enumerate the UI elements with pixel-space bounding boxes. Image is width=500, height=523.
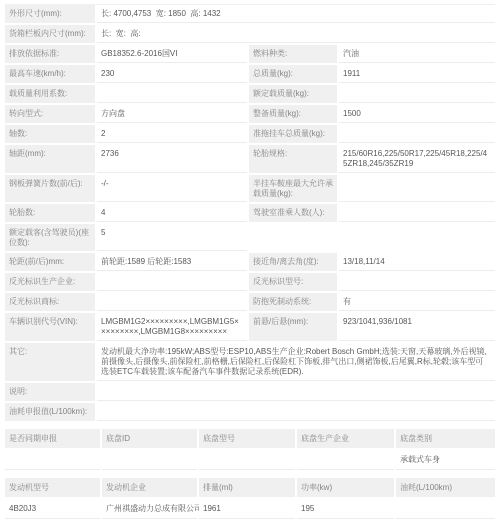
spec-value: 4 <box>97 204 247 222</box>
spec-label: 接近角/离去角(度): <box>249 253 337 271</box>
spec-row: 排放依据标准:GB18352.6-2016国VI燃料种类:汽油 <box>5 45 495 63</box>
chassis-cell <box>102 450 197 470</box>
spec-value <box>339 85 495 103</box>
spec-value: 230 <box>97 65 247 83</box>
engine-cell: 1961 <box>199 499 295 519</box>
chassis-header-cell: 底盘型号 <box>199 429 295 448</box>
engine-header-cell: 功率(kw) <box>297 478 394 497</box>
engine-cell: 195 <box>297 499 394 519</box>
chassis-header-cell: 底盘类别 <box>396 429 495 448</box>
spec-value: 方向盘 <box>97 105 247 123</box>
spec-label: 半挂车鞍座最大允许承载质量(kg): <box>249 175 337 202</box>
spec-row: 说明: <box>5 383 495 401</box>
spec-label: 总质量(kg): <box>249 65 337 83</box>
spec-row: 其它:发动机最大净功率:195kW;ABS型号:ESP10,ABS生产企业:Ro… <box>5 343 495 381</box>
chassis-cell: 承载式车身 <box>396 450 495 470</box>
chassis-header-cell: 是否同期申报 <box>5 429 100 448</box>
spec-value <box>97 273 247 291</box>
spec-label: 额定载客(含驾驶员)(座位数): <box>5 224 95 251</box>
spec-row: 反光标识生产企业:反光标识型号: <box>5 273 495 291</box>
spec-value: 1500 <box>339 105 495 123</box>
engine-header-cell: 发动机型号 <box>5 478 100 497</box>
spec-label: 轮距(前/后)mm: <box>5 253 95 271</box>
spec-value <box>97 293 247 311</box>
spec-row: 轮距(前/后)mm:前轮距:1589 后轮距:1583接近角/离去角(度):13… <box>5 253 495 271</box>
spec-row: 货箱栏板内尺寸(mm):长: 宽: 高: <box>5 25 495 43</box>
spec-value: 1911 <box>339 65 495 83</box>
spec-label: 转向型式: <box>5 105 95 123</box>
spec-label: 燃料种类: <box>249 45 337 63</box>
spec-value <box>339 175 495 202</box>
spec-value: LMGBM1G2×××××××××,LMGBM1G5×××××××××,LMGB… <box>97 313 247 341</box>
spec-label: 轮胎规格: <box>249 145 337 173</box>
spec-value: GB18352.6-2016国VI <box>97 45 247 63</box>
spec-label: 额定载质量(kg): <box>249 85 337 103</box>
spec-value: 发动机最大净功率:195kW;ABS型号:ESP10,ABS生产企业:Rober… <box>97 343 495 381</box>
spec-label: 反光标识型号: <box>249 273 337 291</box>
chassis-cell <box>297 450 394 470</box>
spec-label: 排放依据标准: <box>5 45 95 63</box>
spec-value: 有 <box>339 293 495 311</box>
spec-row: 钢板弹簧片数(前/后):-/-半挂车鞍座最大允许承载质量(kg): <box>5 175 495 202</box>
spec-value: 长: 宽: 高: <box>97 25 495 43</box>
spec-row: 轮胎数:4驾驶室准乘人数(人): <box>5 204 495 222</box>
spec-label: 最高车速(km/h): <box>5 65 95 83</box>
chassis-cell <box>199 450 295 470</box>
engine-header-cell: 排量(ml) <box>199 478 295 497</box>
engine-header-cell: 发动机企业 <box>102 478 197 497</box>
spec-value <box>339 125 495 143</box>
spec-row: 车辆识别代号(VIN):LMGBM1G2×××××××××,LMGBM1G5××… <box>5 313 495 341</box>
spec-value: 5 <box>97 224 247 251</box>
spec-value <box>97 403 495 421</box>
engine-header-cell: 油耗(L/100km) <box>396 478 495 497</box>
spec-label: 钢板弹簧片数(前/后): <box>5 175 95 202</box>
spec-row: 最高车速(km/h):230总质量(kg):1911 <box>5 65 495 83</box>
spec-value <box>339 204 495 222</box>
spec-label: 载质量利用系数: <box>5 85 95 103</box>
spec-value <box>339 273 495 291</box>
engine-cell: 4B20J3 <box>5 499 100 519</box>
spec-row: 油耗申报值(L/100km): <box>5 403 495 421</box>
spec-row: 反光标识商标:防抱死制动系统:有 <box>5 293 495 311</box>
spec-label: 其它: <box>5 343 95 381</box>
spec-row: 载质量利用系数:额定载质量(kg): <box>5 85 495 103</box>
spec-label: 轴数: <box>5 125 95 143</box>
chassis-table: 是否同期申报底盘ID底盘型号底盘生产企业底盘类别承载式车身 <box>5 429 495 470</box>
spec-value: 2 <box>97 125 247 143</box>
engine-cell <box>396 499 495 519</box>
spec-label: 整备质量(kg): <box>249 105 337 123</box>
spec-value: 923/1041,936/1081 <box>339 313 495 341</box>
spec-value: -/- <box>97 175 247 202</box>
spec-label: 轴距(mm): <box>5 145 95 173</box>
spec-row: 轴数:2准拖挂车总质量(kg): <box>5 125 495 143</box>
vehicle-spec-sheet: 外形尺寸(mm):长: 4700,4753 宽: 1850 高: 1432货箱栏… <box>0 0 500 519</box>
spec-blank-cell <box>249 224 495 251</box>
chassis-header-cell: 底盘生产企业 <box>297 429 394 448</box>
spec-table: 外形尺寸(mm):长: 4700,4753 宽: 1850 高: 1432货箱栏… <box>5 4 495 421</box>
chassis-cell <box>5 450 100 470</box>
spec-row: 外形尺寸(mm):长: 4700,4753 宽: 1850 高: 1432 <box>5 5 495 23</box>
spec-value: 汽油 <box>339 45 495 63</box>
spec-label: 说明: <box>5 383 95 401</box>
spec-value: 长: 4700,4753 宽: 1850 高: 1432 <box>97 5 495 23</box>
engine-table: 发动机型号发动机企业排量(ml)功率(kw)油耗(L/100km)4B20J3广… <box>5 478 495 519</box>
engine-data-row: 4B20J3广州祺盛动力总成有限公司1961195 <box>5 499 495 519</box>
spec-label: 轮胎数: <box>5 204 95 222</box>
chassis-header-cell: 底盘ID <box>102 429 197 448</box>
chassis-header-row: 是否同期申报底盘ID底盘型号底盘生产企业底盘类别 <box>5 429 495 448</box>
engine-cell: 广州祺盛动力总成有限公司 <box>102 499 197 519</box>
spec-value: 215/60R16,225/50R17,225/45R18,225/45ZR18… <box>339 145 495 173</box>
spec-label: 反光标识商标: <box>5 293 95 311</box>
spec-label: 驾驶室准乘人数(人): <box>249 204 337 222</box>
spec-label: 前悬/后悬(mm): <box>249 313 337 341</box>
spec-row: 额定载客(含驾驶员)(座位数):5 <box>5 224 495 251</box>
spec-label: 准拖挂车总质量(kg): <box>249 125 337 143</box>
spec-value: 2736 <box>97 145 247 173</box>
spec-label: 外形尺寸(mm): <box>5 5 95 23</box>
spec-row: 轴距(mm):2736轮胎规格:215/60R16,225/50R17,225/… <box>5 145 495 173</box>
engine-header-row: 发动机型号发动机企业排量(ml)功率(kw)油耗(L/100km) <box>5 478 495 497</box>
chassis-data-row: 承载式车身 <box>5 450 495 470</box>
spec-value: 前轮距:1589 后轮距:1583 <box>97 253 247 271</box>
spec-label: 油耗申报值(L/100km): <box>5 403 95 421</box>
spec-value <box>97 85 247 103</box>
spec-label: 车辆识别代号(VIN): <box>5 313 95 341</box>
spec-label: 反光标识生产企业: <box>5 273 95 291</box>
spec-value: 13/18,11/14 <box>339 253 495 271</box>
spec-row: 转向型式:方向盘整备质量(kg):1500 <box>5 105 495 123</box>
spec-label: 防抱死制动系统: <box>249 293 337 311</box>
spec-value <box>97 383 495 401</box>
spec-label: 货箱栏板内尺寸(mm): <box>5 25 95 43</box>
